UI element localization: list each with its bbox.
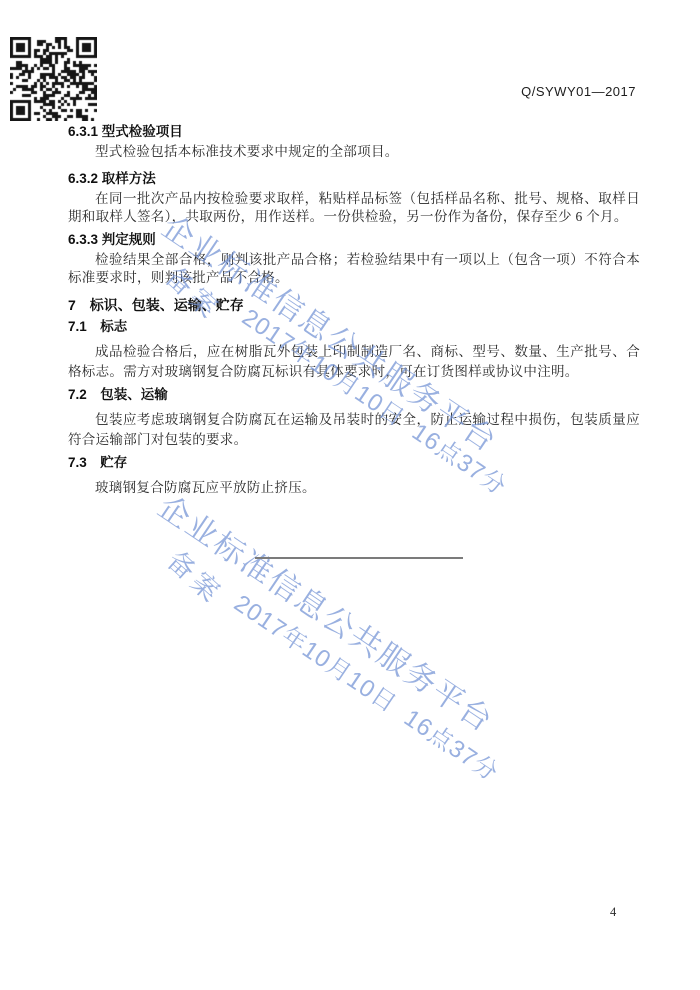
watermark-registration-stamp: 备案: [160, 540, 234, 612]
heading-7-3: 7.3 贮存: [68, 454, 640, 472]
paragraph-6-3-2: 在同一批次产品内按检验要求取样，粘贴样品标签（包括样品名称、批号、规格、取样日期…: [68, 190, 640, 227]
heading-6-3-1: 6.3.1 型式检验项目: [68, 123, 640, 141]
document-page: Q/SYWY01—2017 6.3.1 型式检验项目 型式检验包括本标准技术要求…: [0, 0, 700, 990]
heading-7: 7 标识、包装、运输、贮存: [68, 296, 640, 314]
heading-7-2: 7.2 包装、运输: [68, 386, 640, 404]
paragraph-7-1: 成品检验合格后，应在树脂瓦外包装上印制制造厂名、商标、型号、数量、生产批号、合格…: [68, 342, 640, 382]
watermark-timestamp: 2017年10月10日 16点37分: [228, 584, 507, 788]
heading-7-1: 7.1 标志: [68, 318, 640, 336]
signature-divider-line: [255, 557, 463, 559]
standard-number: Q/SYWY01—2017: [0, 84, 636, 99]
paragraph-6-3-1: 型式检验包括本标准技术要求中规定的全部项目。: [68, 143, 640, 162]
document-body: 6.3.1 型式检验项目 型式检验包括本标准技术要求中规定的全部项目。 6.3.…: [68, 119, 640, 498]
paragraph-7-2: 包装应考虑玻璃钢复合防腐瓦在运输及吊装时的安全，防止运输过程中损伤，包装质量应符…: [68, 410, 640, 450]
heading-6-3-2: 6.3.2 取样方法: [68, 170, 640, 188]
heading-6-3-3: 6.3.3 判定规则: [68, 231, 640, 249]
watermark-platform-text: 企业标准信息公共服务平台: [151, 482, 504, 741]
page-number: 4: [610, 905, 616, 920]
paragraph-7-3: 玻璃钢复合防腐瓦应平放防止挤压。: [68, 478, 640, 498]
paragraph-6-3-3: 检验结果全部合格，则判该批产品合格；若检验结果中有一项以上（包含一项）不符合本标…: [68, 251, 640, 288]
qr-code-icon: [10, 37, 97, 121]
